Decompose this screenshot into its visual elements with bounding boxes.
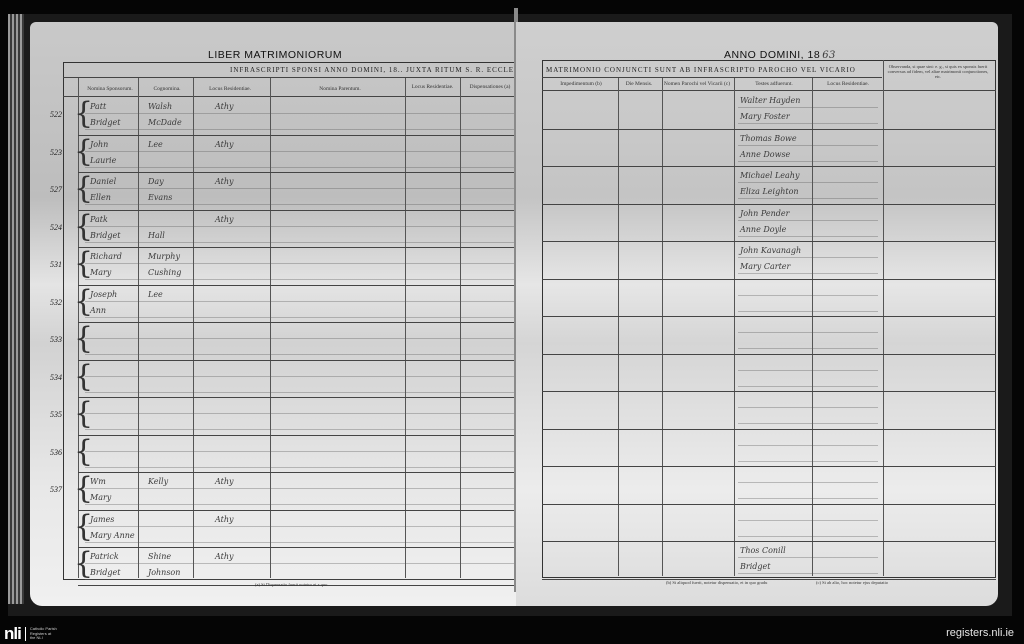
bride-surname: Cushing xyxy=(148,268,181,277)
entry-number: 534 xyxy=(50,373,62,382)
brand-subtitle: Catholic Parish Registers at the NLI xyxy=(30,627,57,641)
bride-surname: Evans xyxy=(148,193,172,202)
witness-1: John Pender xyxy=(740,209,789,218)
observanda-header: Observanda, si quae sint: e. g., si quis… xyxy=(884,64,992,79)
col-locus-residentiae: Locus Residentiae. xyxy=(195,86,265,92)
bride-surname: Hall xyxy=(148,231,165,240)
col-testes: Testes adfuerunt. xyxy=(736,81,812,87)
entry-number: 537 xyxy=(50,485,62,494)
residence: Athy xyxy=(215,515,234,524)
bride-name: Bridget xyxy=(90,568,120,577)
witness-2: Mary Foster xyxy=(740,112,790,121)
witness-2: Bridget xyxy=(740,562,770,571)
col-dispensationes: Dispensationes (a) xyxy=(462,84,518,90)
groom-surname: Day xyxy=(148,177,164,186)
residence: Athy xyxy=(215,140,234,149)
witness-1: Thomas Bowe xyxy=(740,134,797,143)
bride-name: Ann xyxy=(90,306,106,315)
col-nomen-parochi: Nomen Parochi vel Vicarii (c) xyxy=(662,81,732,87)
residence: Athy xyxy=(215,477,234,486)
nli-brand[interactable]: nli Catholic Parish Registers at the NLI xyxy=(4,624,57,644)
brace-icon: { xyxy=(74,399,93,429)
col-nomina-sponsorum: Nomina Sponsorum. xyxy=(80,86,140,92)
groom-name: Richard xyxy=(90,252,122,261)
col-nomina-parentum: Nomina Parentum. xyxy=(290,86,390,92)
witness-1: Michael Leahy xyxy=(740,171,799,180)
site-url[interactable]: registers.nli.ie xyxy=(946,627,1014,639)
bride-name: Ellen xyxy=(90,193,111,202)
witness-2: Mary Carter xyxy=(740,262,790,271)
bride-name: Laurie xyxy=(90,156,116,165)
entry-number: 527 xyxy=(50,185,62,194)
groom-name: Patrick xyxy=(90,552,119,561)
page-edges xyxy=(8,14,24,604)
residence: Athy xyxy=(215,177,234,186)
col-locus-residentiae-r: Locus Residentiae. xyxy=(814,81,882,87)
right-footnote-c: (c) Si ab alio, hoc notetur ejus deputat… xyxy=(816,580,888,585)
brace-icon: { xyxy=(74,324,93,354)
witness-2: Anne Doyle xyxy=(740,225,786,234)
bride-surname: McDade xyxy=(148,118,182,127)
entry-number: 524 xyxy=(50,223,62,232)
left-footnote: (a) Si Dispensatio fuerit notetur et a q… xyxy=(255,582,327,587)
entry-number: 522 xyxy=(50,110,62,119)
groom-name: Patt xyxy=(90,102,106,111)
brace-icon: { xyxy=(74,437,93,467)
bride-name: Mary xyxy=(90,268,111,277)
right-footnote-b: (b) Si aliquod fuerit, notetur dispensat… xyxy=(666,580,767,585)
left-page: LIBER MATRIMONIORUM INFRASCRIPTI SPONSI … xyxy=(30,22,524,606)
brace-icon: { xyxy=(74,362,93,392)
residence: Athy xyxy=(215,215,234,224)
entry-number: 523 xyxy=(50,148,62,157)
entry-number: 536 xyxy=(50,448,62,457)
nli-logo: nli xyxy=(4,624,21,644)
bride-surname: Johnson xyxy=(148,568,180,577)
col-impedimentum: Impedimentum (b) xyxy=(546,81,616,87)
groom-name: Patk xyxy=(90,215,108,224)
register-image-viewer[interactable]: LIBER MATRIMONIORUM INFRASCRIPTI SPONSI … xyxy=(0,0,1024,644)
left-register-table xyxy=(63,62,520,580)
groom-name: Daniel xyxy=(90,177,116,186)
witness-1: Thos Conill xyxy=(740,546,786,555)
entry-number: 535 xyxy=(50,410,62,419)
right-page: ANNO DOMINI, 1863 MATRIMONIO CONJUNCTI S… xyxy=(516,22,998,606)
residence: Athy xyxy=(215,102,234,111)
brand-divider xyxy=(25,627,26,641)
col-cognomina: Cognomina. xyxy=(142,86,192,92)
groom-name: John xyxy=(90,140,108,149)
groom-name: Joseph xyxy=(90,290,117,299)
witness-2: Anne Dowse xyxy=(740,150,790,159)
groom-surname: Lee xyxy=(148,290,163,299)
groom-surname: Murphy xyxy=(148,252,180,261)
witness-2: Eliza Leighton xyxy=(740,187,799,196)
groom-surname: Shine xyxy=(148,552,171,561)
witness-1: John Kavanagh xyxy=(740,246,801,255)
groom-name: Wm xyxy=(90,477,106,486)
col-die-mensis: Die Mensis. xyxy=(618,81,660,87)
col-locus-residentiae-2: Locus Residentiae. xyxy=(405,84,460,90)
groom-surname: Kelly xyxy=(148,477,168,486)
left-page-title: LIBER MATRIMONIORUM xyxy=(208,49,342,61)
entry-number: 533 xyxy=(50,335,62,344)
groom-name: James xyxy=(90,515,114,524)
entry-number: 531 xyxy=(50,260,62,269)
witness-1: Walter Hayden xyxy=(740,96,800,105)
bride-name: Bridget xyxy=(90,118,120,127)
bride-name: Mary Anne xyxy=(90,531,135,540)
groom-surname: Lee xyxy=(148,140,163,149)
residence: Athy xyxy=(215,552,234,561)
groom-surname: Walsh xyxy=(148,102,172,111)
bride-name: Bridget xyxy=(90,231,120,240)
entry-number: 532 xyxy=(50,298,62,307)
bride-name: Mary xyxy=(90,493,111,502)
